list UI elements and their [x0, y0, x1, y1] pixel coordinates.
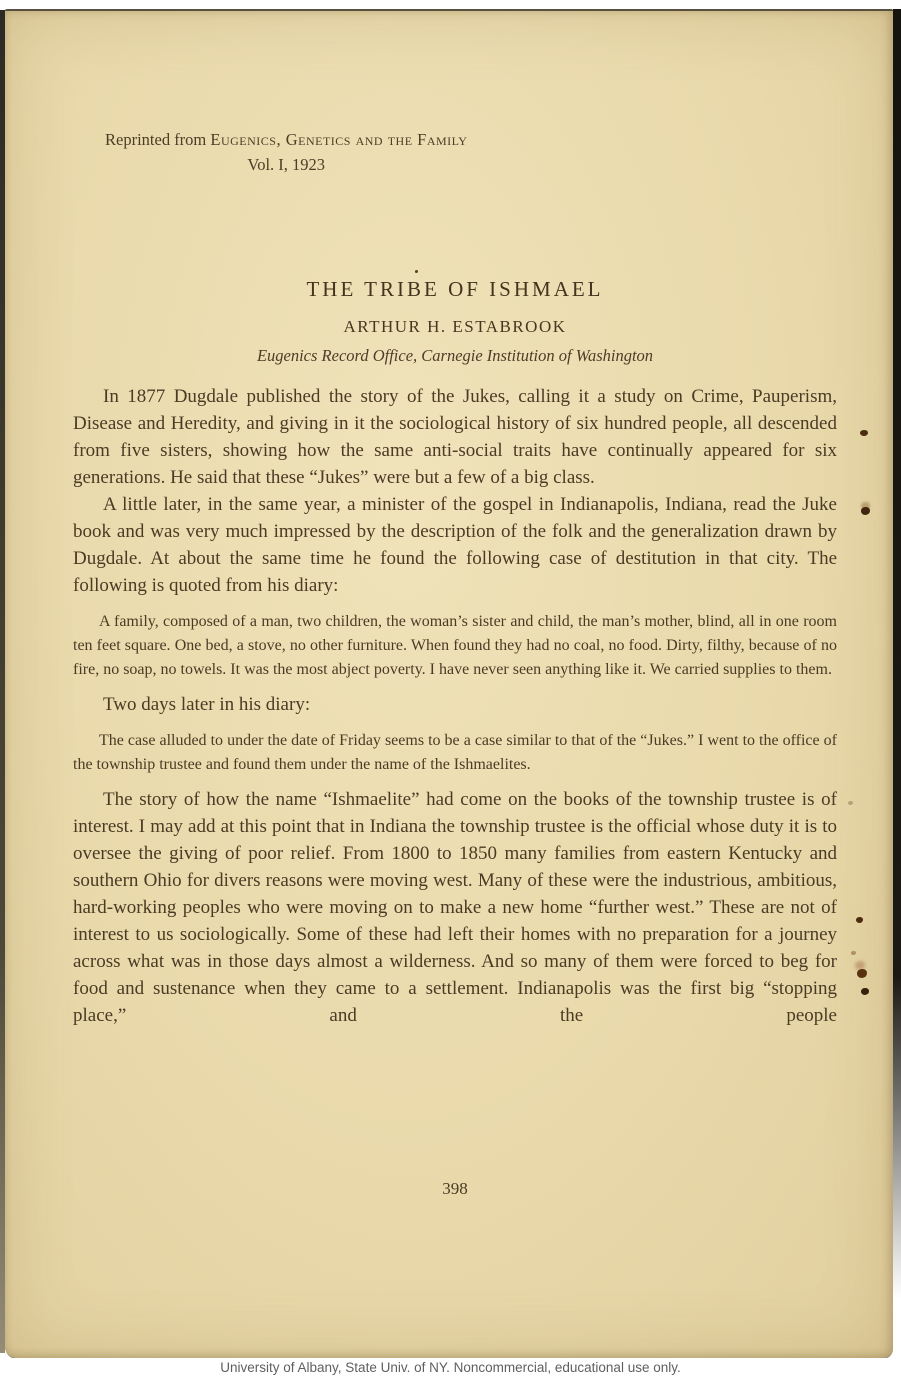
paragraph-2: A little later, in the same year, a mini… — [73, 491, 837, 599]
diary-lead: Two days later in his diary: — [73, 691, 837, 718]
archive-watermark-caption: University of Albany, State Univ. of NY.… — [0, 1358, 901, 1380]
foxing-speck — [856, 917, 863, 923]
foxing-speck — [861, 507, 870, 515]
foxing-speck — [861, 988, 869, 995]
foxing-speck — [857, 969, 867, 978]
scanned-page: Reprinted from Eugenics, Genetics and th… — [5, 9, 893, 1359]
journal-name: Eugenics, Genetics and the Family — [210, 130, 467, 149]
foxing-speck — [860, 430, 868, 436]
scan-edge-right-shadow — [893, 9, 901, 1299]
page-number: 398 — [73, 1179, 837, 1199]
reprint-prefix: Reprinted from — [105, 130, 206, 149]
author-affiliation: Eugenics Record Office, Carnegie Institu… — [69, 346, 841, 366]
diary-quote-2: The case alluded to under the date of Fr… — [73, 729, 837, 777]
foxing-speck — [851, 951, 856, 955]
reprint-notice: Reprinted from Eugenics, Genetics and th… — [105, 127, 467, 177]
volume-year: Vol. I, 1923 — [105, 152, 467, 177]
paragraph-1: In 1877 Dugdale published the story of t… — [73, 383, 837, 491]
title-block: THE TRIBE OF ISHMAEL ARTHUR H. ESTABROOK… — [69, 277, 841, 366]
foxing-speck — [848, 801, 853, 805]
paragraph-3: The story of how the name “Ishmaelite” h… — [73, 786, 837, 1029]
reprint-notice-line: Reprinted from Eugenics, Genetics and th… — [105, 127, 467, 152]
article-body: In 1877 Dugdale published the story of t… — [73, 383, 837, 1029]
author-name: ARTHUR H. ESTABROOK — [69, 317, 841, 337]
diary-quote-1: A family, composed of a man, two childre… — [73, 610, 837, 682]
article-title: THE TRIBE OF ISHMAEL — [69, 277, 841, 302]
ink-dot — [415, 270, 418, 273]
scan-viewport: Reprinted from Eugenics, Genetics and th… — [0, 0, 901, 1380]
